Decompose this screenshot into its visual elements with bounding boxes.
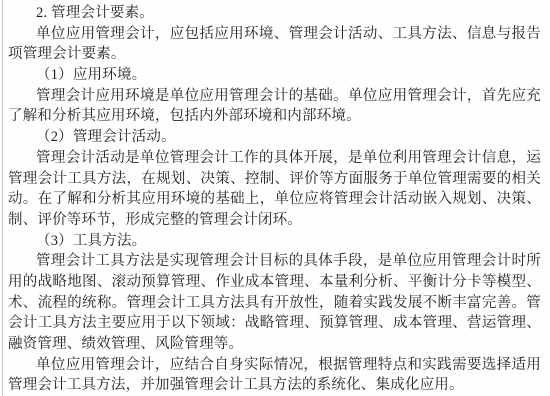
text-line: （3）工具方法。	[8, 231, 541, 252]
text-line: （2）管理会计活动。	[8, 127, 541, 148]
text-line: 术、流程的统称。管理会计工具方法具有开放性，随着实践发展不断丰富完善。管理	[8, 293, 541, 314]
page-edge-line	[2, 0, 3, 396]
text-line: 制、评价等环节，形成完整的管理会计闭环。	[8, 210, 541, 231]
text-line: 融资管理、绩效管理、风险管理等。	[8, 334, 541, 355]
text-line: 管理会计工具方法是实现管理会计目标的具体手段，是单位应用管理会计时所采	[8, 251, 541, 272]
text-line: 管理会计工具方法，并加强管理会计工具方法的系统化、集成化应用。	[8, 375, 541, 396]
text-line: 了解和分析其应用环境，包括内外部环境和内部环境。	[8, 106, 541, 127]
text-line: 项管理会计要素。	[8, 44, 541, 65]
text-line: 管理会计活动是单位管理会计工作的具体开展，是单位利用管理会计信息，运用	[8, 148, 541, 169]
text-line: 2. 管理会计要素。	[8, 3, 541, 24]
document-text-block: 2. 管理会计要素。 单位应用管理会计，应包括应用环境、管理会计活动、工具方法、…	[8, 3, 541, 396]
text-line: 用的战略地图、滚动预算管理、作业成本管理、本量利分析、平衡计分卡等模型、技	[8, 272, 541, 293]
text-line: 动。在了解和分析其应用环境的基础上，单位应将管理会计活动嵌入规划、决策、控	[8, 189, 541, 210]
text-line: 单位应用管理会计，应结合自身实际情况，根据管理特点和实践需要选择适用的	[8, 355, 541, 376]
text-line: （1）应用环境。	[8, 65, 541, 86]
text-line: 单位应用管理会计，应包括应用环境、管理会计活动、工具方法、信息与报告四	[8, 24, 541, 45]
text-line: 管理会计应用环境是单位应用管理会计的基础。单位应用管理会计，首先应充分	[8, 86, 541, 107]
document-page: 2. 管理会计要素。 单位应用管理会计，应包括应用环境、管理会计活动、工具方法、…	[0, 0, 550, 396]
text-line: 会计工具方法主要应用于以下领域：战略管理、预算管理、成本管理、营运管理、投	[8, 313, 541, 334]
text-line: 管理会计工具方法，在规划、决策、控制、评价等方面服务于单位管理需要的相关活	[8, 169, 541, 190]
